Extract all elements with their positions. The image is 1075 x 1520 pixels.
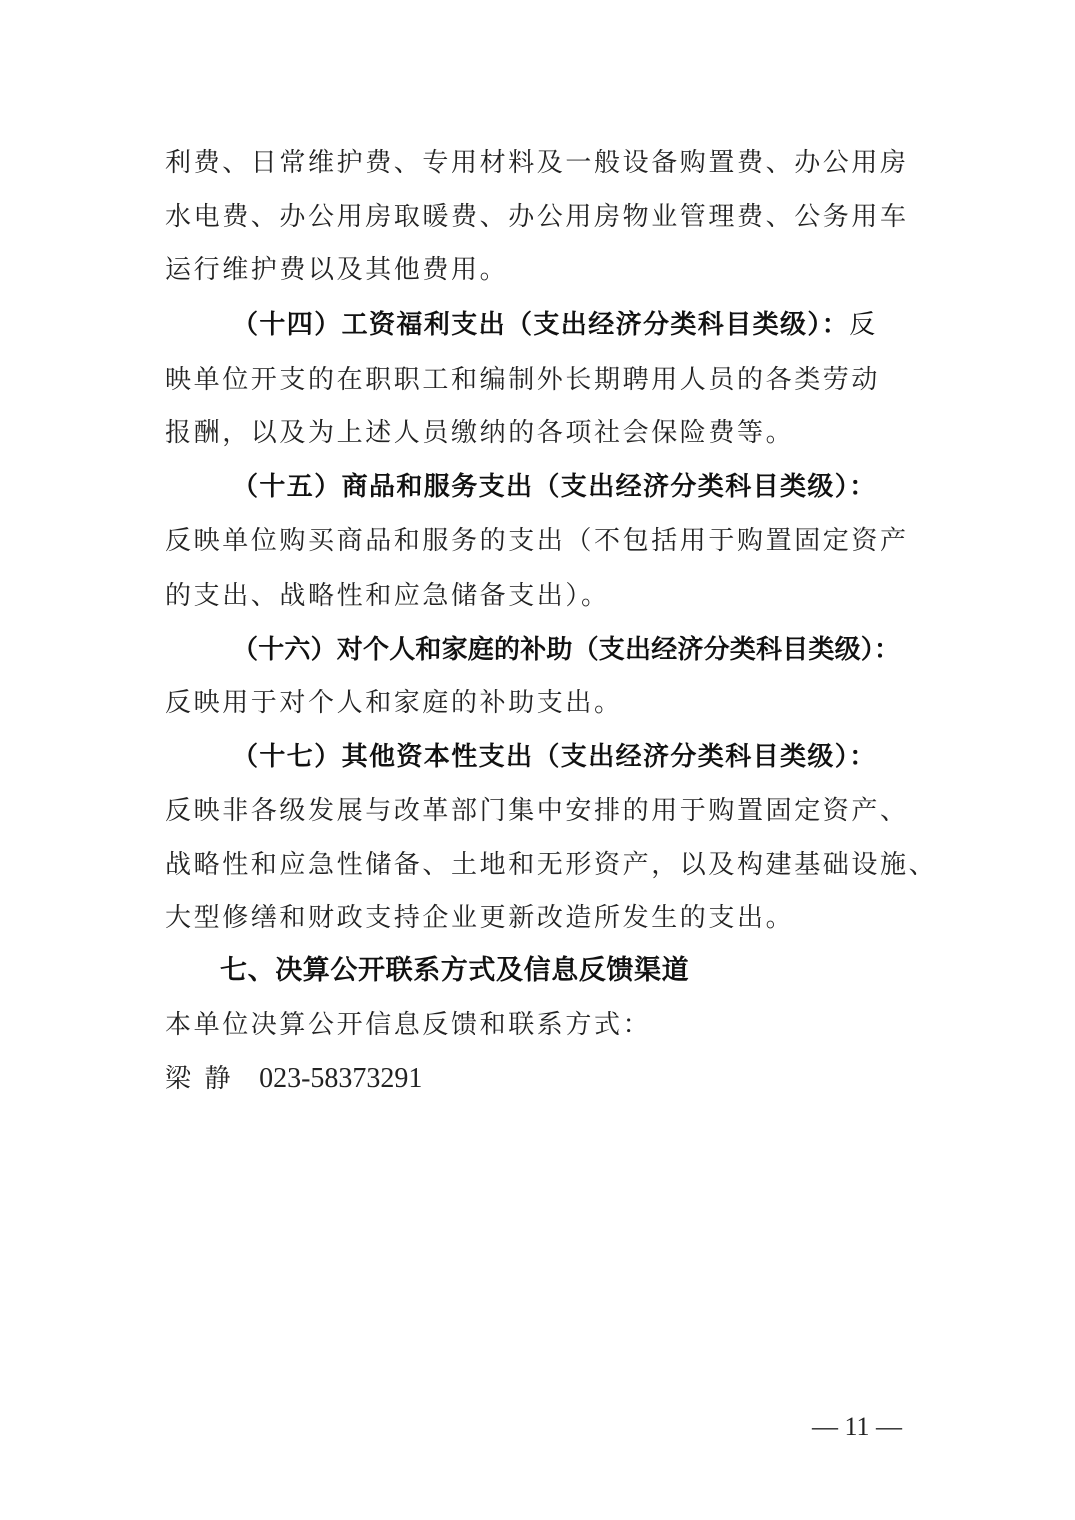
paragraph-line: 反映非各级发展与改革部门集中安排的用于购置固定资产、 bbox=[165, 794, 909, 828]
item-body-start: 反 bbox=[849, 310, 876, 340]
paragraph-line: 的支出、战略性和应急储备支出）。 bbox=[165, 579, 610, 613]
contact-phone: 023-58373291 bbox=[259, 1063, 422, 1094]
paragraph-line: 反映单位购买商品和服务的支出（不包括用于购置固定资产 bbox=[165, 524, 909, 558]
paragraph-line: 利费、日常维护费、专用材料及一般设备购置费、办公用房 bbox=[165, 146, 909, 180]
item-heading-15: （十五）商品和服务支出（支出经济分类科目类级）： bbox=[232, 470, 877, 504]
paragraph-line: 本单位决算公开信息反馈和联系方式： bbox=[165, 1008, 651, 1042]
paragraph-line: 映单位开支的在职职工和编制外长期聘用人员的各类劳动 bbox=[165, 363, 880, 397]
paragraph-line: 运行维护费以及其他费用。 bbox=[165, 253, 508, 287]
contact-line: 梁 静023-58373291 bbox=[165, 1062, 422, 1096]
paragraph-line: 报酬，以及为上述人员缴纳的各项社会保险费等。 bbox=[165, 416, 794, 450]
document-page: 利费、日常维护费、专用材料及一般设备购置费、办公用房 水电费、办公用房取暖费、办… bbox=[0, 0, 1075, 1520]
contact-name: 梁 静 bbox=[165, 1064, 233, 1094]
page-number: — 11 — bbox=[812, 1412, 902, 1442]
item-heading-17: （十七）其他资本性支出（支出经济分类科目类级）： bbox=[232, 740, 877, 774]
item-heading-16: （十六）对个人和家庭的补助（支出经济分类科目类级）： bbox=[232, 633, 900, 667]
item-heading-14: （十四）工资福利支出（支出经济分类科目类级）：反 bbox=[232, 308, 877, 342]
section-heading: 七、决算公开联系方式及信息反馈渠道 bbox=[220, 954, 689, 988]
paragraph-line: 战略性和应急性储备、土地和无形资产，以及构建基础设施、 bbox=[165, 848, 937, 882]
paragraph-line: 反映用于对个人和家庭的补助支出。 bbox=[165, 686, 623, 720]
item-heading-text: （十四）工资福利支出（支出经济分类科目类级）： bbox=[232, 310, 849, 340]
paragraph-line: 水电费、办公用房取暖费、办公用房物业管理费、公务用车 bbox=[165, 200, 909, 234]
paragraph-line: 大型修缮和财政支持企业更新改造所发生的支出。 bbox=[165, 901, 794, 935]
